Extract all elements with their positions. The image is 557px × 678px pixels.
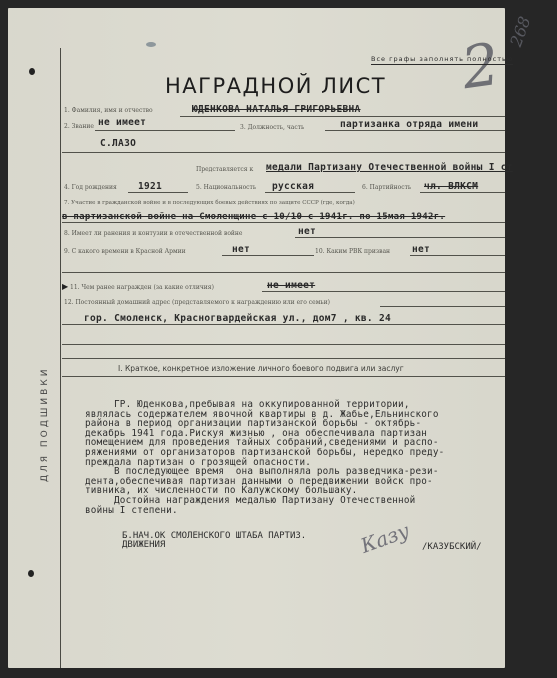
field-value-red-army: нет — [232, 244, 250, 255]
field-value-birth-year: 1921 — [138, 181, 162, 192]
field-value-party: чл. ВЛКСМ — [424, 181, 478, 192]
field-label-birth-year: 4. Год рождения — [64, 184, 117, 191]
field-rule — [265, 192, 355, 193]
field-label-civil-war: 7. Участие в гражданской войне и в после… — [64, 200, 355, 206]
field-value-address: гор. Смоленск, Красногвардейская ул., до… — [84, 313, 391, 324]
field-rule — [62, 222, 505, 223]
field-rule — [325, 130, 505, 131]
field-rule — [62, 152, 505, 153]
field-label-award: Представляется к — [196, 166, 253, 173]
field-value-name: ЮДЕНКОВА НАТАЛЬЯ ГРИГОРЬЕВНА — [192, 104, 361, 115]
field-label-address: 12. Постоянный домашний адрес (представл… — [64, 299, 330, 306]
punch-hole — [28, 570, 34, 577]
fill-all-notice: Все графы заполнять полностью — [371, 55, 513, 65]
field-value-civil-war: в партизанской войне на Смоленщине с 10/… — [62, 212, 445, 222]
signatory-name: /КАЗУБСКИЙ/ — [422, 542, 482, 552]
field-value-wounds: нет — [298, 226, 316, 237]
field-label-wounds: 8. Имеет ли ранения и контузии в отечест… — [64, 230, 242, 237]
field-value-nationality: русская — [272, 181, 314, 192]
field-rule — [62, 272, 505, 273]
field-rule — [262, 291, 505, 292]
field-label-party: 6. Партийность — [362, 184, 411, 191]
field-label-previous-awards: 11. Чем ранее награжден (за какие отличи… — [70, 284, 214, 291]
field-rule — [420, 192, 505, 193]
field-label-position: 3. Должность, часть — [240, 124, 304, 131]
field-label-red-army: 9. С какого времени в Красной Армии — [64, 248, 186, 255]
arrow-mark-icon: ▶ — [62, 282, 68, 291]
section-heading: I. Краткое, конкретное изложение личного… — [118, 364, 404, 373]
field-value-unit: С.ЛАЗО — [100, 138, 136, 149]
field-rule — [180, 116, 505, 117]
field-value-position: партизанка отряда имени — [340, 119, 478, 130]
field-label-nationality: 5. Национальность — [196, 184, 256, 191]
signatory-title: Б.НАЧ.ОК СМОЛЕНСКОГО ШТАБА ПАРТИЗ. ДВИЖЕ… — [122, 532, 306, 550]
field-label-rvk: 10. Каким РВК призван — [315, 248, 390, 255]
binding-margin-label: ДЛЯ ПОДШИВКИ — [40, 322, 50, 482]
field-rule — [295, 237, 505, 238]
field-value-rvk: нет — [412, 244, 430, 255]
ink-blot — [146, 42, 156, 47]
field-rule — [222, 255, 314, 256]
field-rule — [62, 324, 505, 325]
field-label-name: 1. Фамилия, имя и отчество — [64, 107, 153, 114]
field-label-rank: 2. Звание — [64, 123, 94, 130]
margin-line — [60, 48, 61, 668]
field-value-previous-awards: не имеет — [267, 280, 315, 291]
field-value-rank: не имеет — [98, 117, 146, 128]
field-rule — [95, 130, 235, 131]
field-rule — [62, 376, 505, 377]
merit-description: ГР. Юденкова,пребывая на оккупированной … — [85, 400, 505, 515]
field-value-award: медали Партизану Отечественной войны I с… — [266, 162, 513, 173]
field-rule — [62, 344, 505, 345]
field-rule — [128, 192, 188, 193]
field-rule — [62, 358, 505, 359]
page-title: НАГРАДНОЙ ЛИСТ — [165, 74, 386, 98]
punch-hole — [29, 68, 35, 75]
field-rule — [380, 306, 505, 307]
handwritten-archive-mark: 268 — [506, 14, 534, 49]
field-rule — [410, 255, 505, 256]
